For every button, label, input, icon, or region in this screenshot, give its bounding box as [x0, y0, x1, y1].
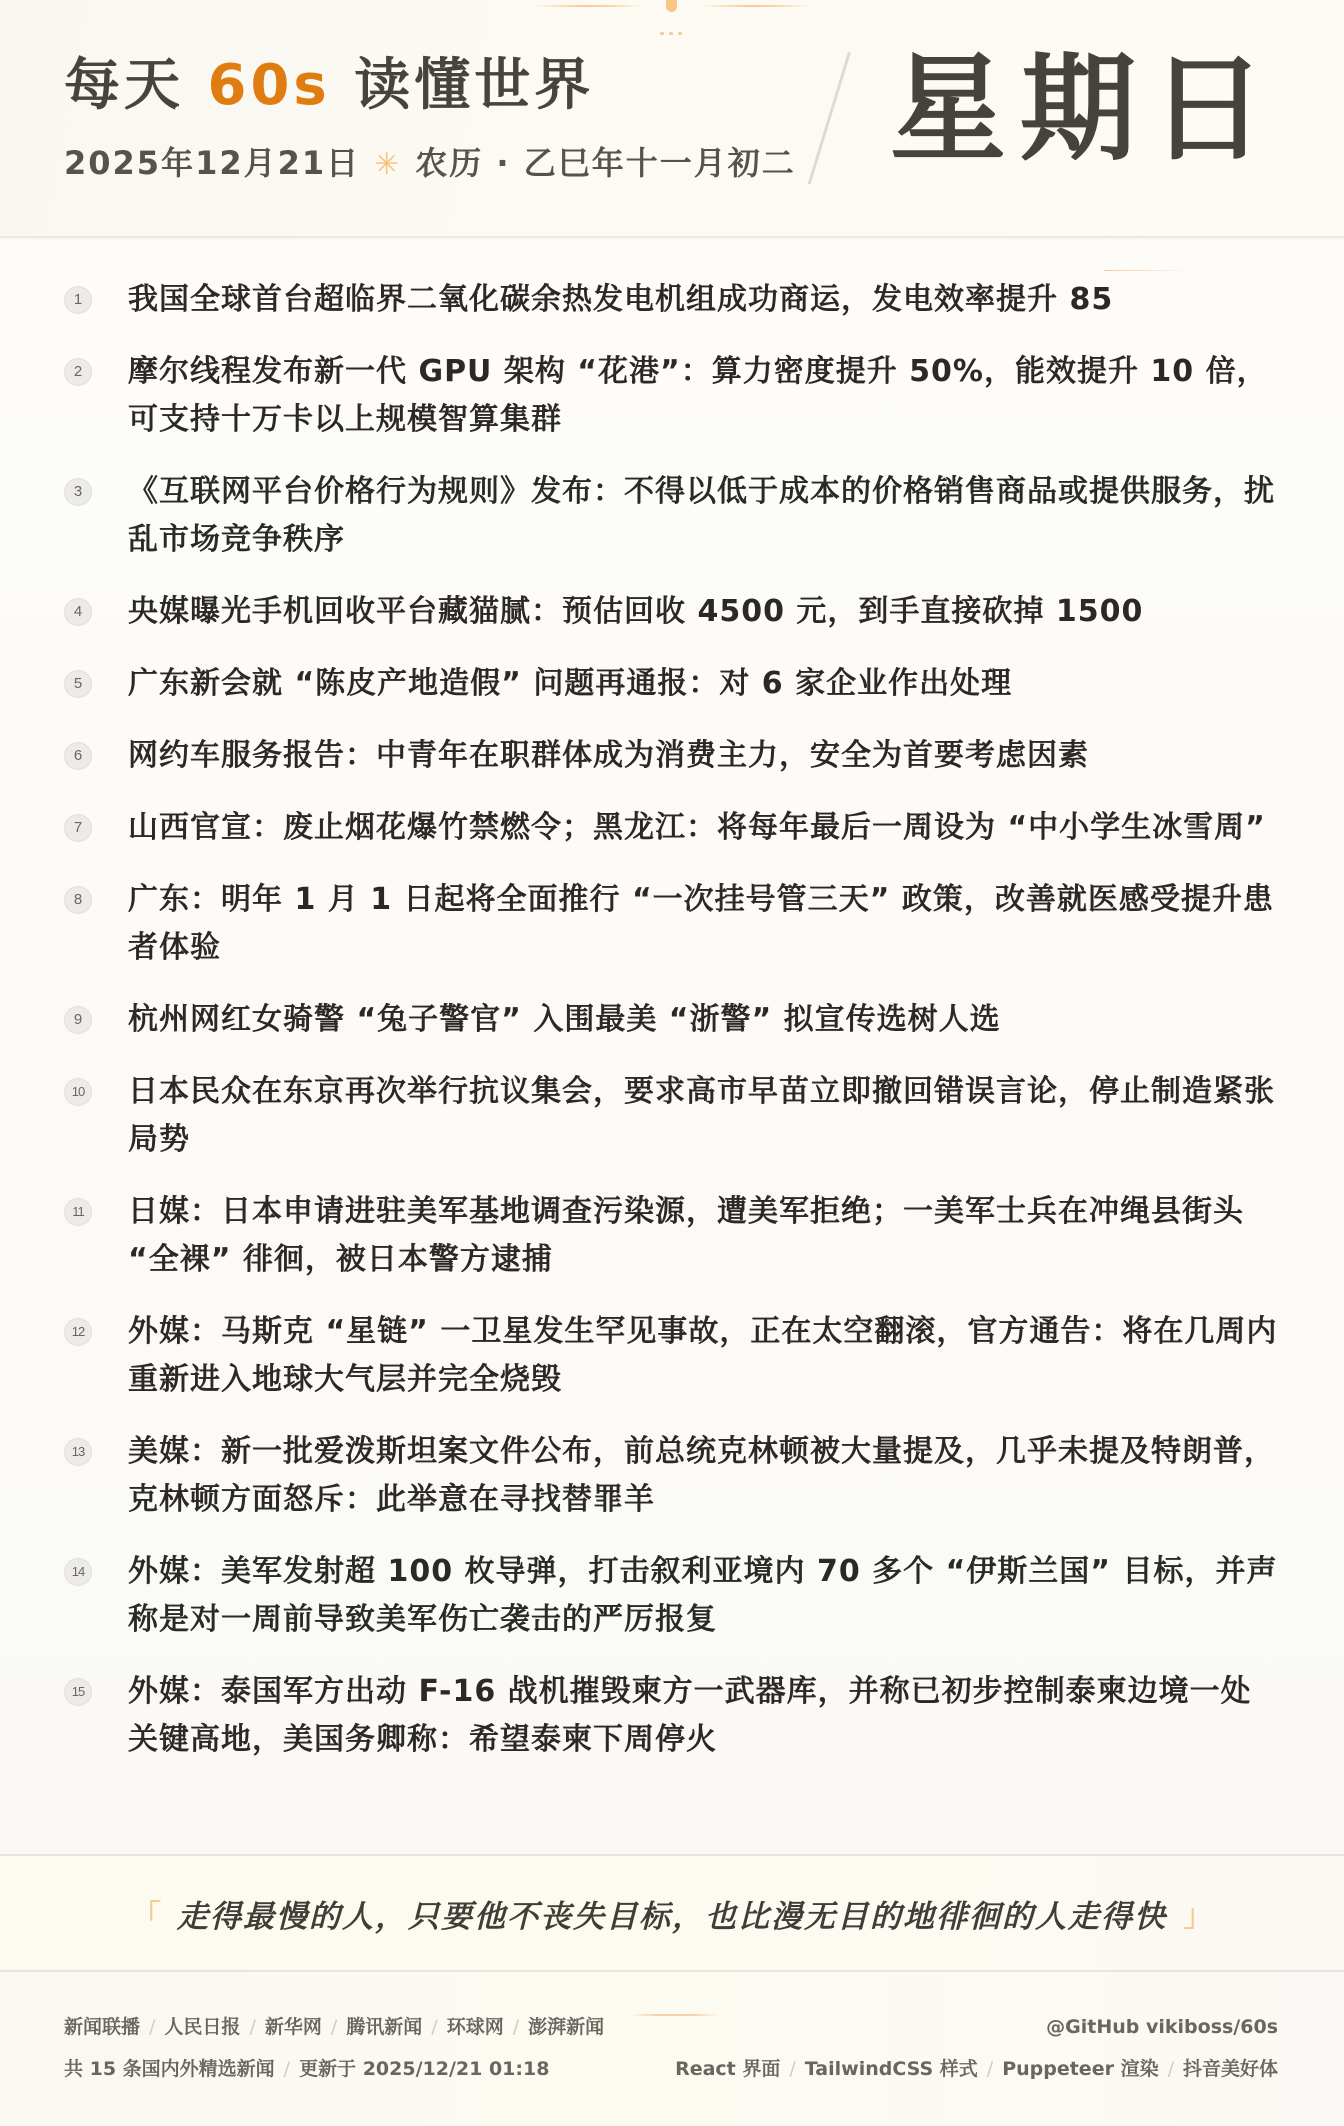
- tech-item: 抖音美好体: [1183, 2058, 1278, 2080]
- news-text: 摩尔线程发布新一代 GPU 架构 “花港”：算力密度提升 50%，能效提升 10…: [128, 348, 1278, 444]
- page-title: 每天 60s 读懂世界: [64, 52, 594, 120]
- date-line: 2025年12月21日✳农历 · 乙巳年十一月初二: [64, 143, 796, 185]
- title-prefix: 每天: [64, 53, 208, 118]
- news-section: 1我国全球首台超临界二氧化碳余热发电机组成功商运，发电效率提升 85 2摩尔线程…: [0, 240, 1344, 1854]
- separator: /: [789, 2058, 795, 2080]
- source-item: 人民日报: [164, 2016, 240, 2038]
- ornament-mini-dot: [669, 32, 673, 35]
- daily-quote: 「 走得最慢的人，只要他不丧失目标，也比漫无目的地徘徊的人走得快 」: [0, 1854, 1344, 1972]
- tech-stack: React 界面/TailwindCSS 样式/Puppeteer 渲染/抖音美…: [675, 2056, 1278, 2082]
- title-accent: 60s: [208, 53, 331, 118]
- news-text: 外媒：泰国军方出动 F-16 战机摧毁柬方一武器库，并称已初步控制泰柬边境一处关…: [128, 1668, 1278, 1764]
- news-text: 美媒：新一批爱泼斯坦案文件公布，前总统克林顿被大量提及，几乎未提及特朗普，克林顿…: [128, 1428, 1278, 1524]
- news-number-badge: 15: [64, 1678, 92, 1706]
- separator: /: [249, 2016, 255, 2038]
- quote-close-mark: 」: [1183, 1891, 1213, 1935]
- ornament-dot-icon: [666, 0, 677, 12]
- news-text: 日媒：日本申请进驻美军基地调查污染源，遭美军拒绝；一美军士兵在冲绳县街头 “全裸…: [128, 1188, 1278, 1284]
- news-sources: 新闻联播/人民日报/新华网/腾讯新闻/环球网/澎湃新闻: [64, 2014, 604, 2040]
- updated-time: 更新于 2025/12/21 01:18: [299, 2058, 549, 2080]
- source-item: 新闻联播: [64, 2016, 140, 2038]
- separator: /: [149, 2016, 155, 2038]
- news-item: 12外媒：马斯克 “星链” 一卫星发生罕见事故，正在太空翻滚，官方通告：将在几周…: [0, 1308, 1344, 1404]
- news-item: 6网约车服务报告：中青年在职群体成为消费主力，安全为首要考虑因素: [0, 732, 1344, 780]
- title-suffix: 读懂世界: [331, 53, 595, 118]
- news-item: 13美媒：新一批爱泼斯坦案文件公布，前总统克林顿被大量提及，几乎未提及特朗普，克…: [0, 1428, 1344, 1524]
- source-item: 腾讯新闻: [346, 2016, 422, 2038]
- gregorian-date: 2025年12月21日: [64, 144, 360, 182]
- news-ornament-line: [1104, 270, 1194, 271]
- news-meta: 共 15 条国内外精选新闻/更新于 2025/12/21 01:18: [64, 2056, 549, 2082]
- ornament-line-right: [701, 5, 809, 7]
- news-item: 14外媒：美军发射超 100 枚导弹，打击叙利亚境内 70 多个 “伊斯兰国” …: [0, 1548, 1344, 1644]
- news-count: 共 15 条国内外精选新闻: [64, 2058, 275, 2080]
- news-text: 网约车服务报告：中青年在职群体成为消费主力，安全为首要考虑因素: [128, 732, 1278, 780]
- news-number-badge: 7: [64, 814, 92, 842]
- daily-news-card: 每天 60s 读懂世界 2025年12月21日✳农历 · 乙巳年十一月初二 星期…: [0, 0, 1344, 2126]
- tech-item: React 界面: [675, 2058, 780, 2080]
- news-item: 15外媒：泰国军方出动 F-16 战机摧毁柬方一武器库，并称已初步控制泰柬边境一…: [0, 1668, 1344, 1764]
- ornament-line-left: [535, 5, 643, 7]
- news-item: 4央媒曝光手机回收平台藏猫腻：预估回收 4500 元，到手直接砍掉 1500: [0, 588, 1344, 636]
- footer-ornament-line: [630, 2014, 720, 2016]
- news-number-badge: 12: [64, 1318, 92, 1346]
- separator: /: [513, 2016, 519, 2038]
- separator: /: [284, 2058, 290, 2080]
- source-item: 澎湃新闻: [528, 2016, 604, 2038]
- news-text: 杭州网红女骑警 “兔子警官” 入围最美 “浙警” 拟宣传选树人选: [128, 996, 1278, 1044]
- news-text: 外媒：马斯克 “星链” 一卫星发生罕见事故，正在太空翻滚，官方通告：将在几周内重…: [128, 1308, 1278, 1404]
- news-number-badge: 6: [64, 742, 92, 770]
- source-item: 环球网: [447, 2016, 504, 2038]
- news-text: 我国全球首台超临界二氧化碳余热发电机组成功商运，发电效率提升 85: [128, 276, 1278, 324]
- news-number-badge: 4: [64, 598, 92, 626]
- divider-slash: [808, 52, 851, 184]
- news-number-badge: 5: [64, 670, 92, 698]
- news-item: 1我国全球首台超临界二氧化碳余热发电机组成功商运，发电效率提升 85: [0, 276, 1344, 324]
- news-number-badge: 11: [64, 1198, 92, 1226]
- news-number-badge: 3: [64, 478, 92, 506]
- news-item: 5广东新会就 “陈皮产地造假” 问题再通报：对 6 家企业作出处理: [0, 660, 1344, 708]
- news-number-badge: 9: [64, 1006, 92, 1034]
- separator: /: [1168, 2058, 1174, 2080]
- news-number-badge: 14: [64, 1558, 92, 1586]
- sun-icon: ✳: [374, 147, 401, 182]
- news-number-badge: 10: [64, 1078, 92, 1106]
- news-text: 《互联网平台价格行为规则》发布：不得以低于成本的价格销售商品或提供服务，扰乱市场…: [128, 468, 1278, 564]
- news-text: 日本民众在东京再次举行抗议集会，要求高市早苗立即撤回错误言论，停止制造紧张局势: [128, 1068, 1278, 1164]
- news-number-badge: 8: [64, 886, 92, 914]
- ornament-mini-dot: [660, 32, 664, 35]
- lunar-date: 农历 · 乙巳年十一月初二: [415, 144, 795, 182]
- news-text: 山西官宣：废止烟花爆竹禁燃令；黑龙江：将每年最后一周设为 “中小学生冰雪周”: [128, 804, 1278, 852]
- weekday: 星期日: [890, 40, 1280, 180]
- news-text: 广东：明年 1 月 1 日起将全面推行 “一次挂号管三天” 政策，改善就医感受提…: [128, 876, 1278, 972]
- top-ornament: [0, 0, 1344, 40]
- news-item: 3《互联网平台价格行为规则》发布：不得以低于成本的价格销售商品或提供服务，扰乱市…: [0, 468, 1344, 564]
- header: 每天 60s 读懂世界 2025年12月21日✳农历 · 乙巳年十一月初二 星期…: [0, 0, 1344, 238]
- news-item: 2摩尔线程发布新一代 GPU 架构 “花港”：算力密度提升 50%，能效提升 1…: [0, 348, 1344, 444]
- news-list: 1我国全球首台超临界二氧化碳余热发电机组成功商运，发电效率提升 85 2摩尔线程…: [0, 276, 1344, 1788]
- separator: /: [987, 2058, 993, 2080]
- news-item: 7山西官宣：废止烟花爆竹禁燃令；黑龙江：将每年最后一周设为 “中小学生冰雪周”: [0, 804, 1344, 852]
- news-number-badge: 1: [64, 286, 92, 314]
- footer: 新闻联播/人民日报/新华网/腾讯新闻/环球网/澎湃新闻 共 15 条国内外精选新…: [0, 1972, 1344, 2126]
- quote-text: 走得最慢的人，只要他不丧失目标，也比漫无目的地徘徊的人走得快: [177, 1891, 1167, 1936]
- news-item: 9杭州网红女骑警 “兔子警官” 入围最美 “浙警” 拟宣传选树人选: [0, 996, 1344, 1044]
- tech-item: TailwindCSS 样式: [805, 2058, 978, 2080]
- tech-item: Puppeteer 渲染: [1002, 2058, 1158, 2080]
- news-text: 广东新会就 “陈皮产地造假” 问题再通报：对 6 家企业作出处理: [128, 660, 1278, 708]
- news-item: 8广东：明年 1 月 1 日起将全面推行 “一次挂号管三天” 政策，改善就医感受…: [0, 876, 1344, 972]
- separator: /: [431, 2016, 437, 2038]
- news-item: 10日本民众在东京再次举行抗议集会，要求高市早苗立即撤回错误言论，停止制造紧张局…: [0, 1068, 1344, 1164]
- quote-open-mark: 「: [131, 1891, 161, 1935]
- ornament-mini-dot: [678, 32, 682, 35]
- news-item: 11日媒：日本申请进驻美军基地调查污染源，遭美军拒绝；一美军士兵在冲绳县街头 “…: [0, 1188, 1344, 1284]
- news-number-badge: 13: [64, 1438, 92, 1466]
- news-text: 外媒：美军发射超 100 枚导弹，打击叙利亚境内 70 多个 “伊斯兰国” 目标…: [128, 1548, 1278, 1644]
- news-number-badge: 2: [64, 358, 92, 386]
- github-credit: @GitHub vikiboss/60s: [1046, 2014, 1278, 2040]
- source-item: 新华网: [265, 2016, 322, 2038]
- news-text: 央媒曝光手机回收平台藏猫腻：预估回收 4500 元，到手直接砍掉 1500: [128, 588, 1278, 636]
- separator: /: [331, 2016, 337, 2038]
